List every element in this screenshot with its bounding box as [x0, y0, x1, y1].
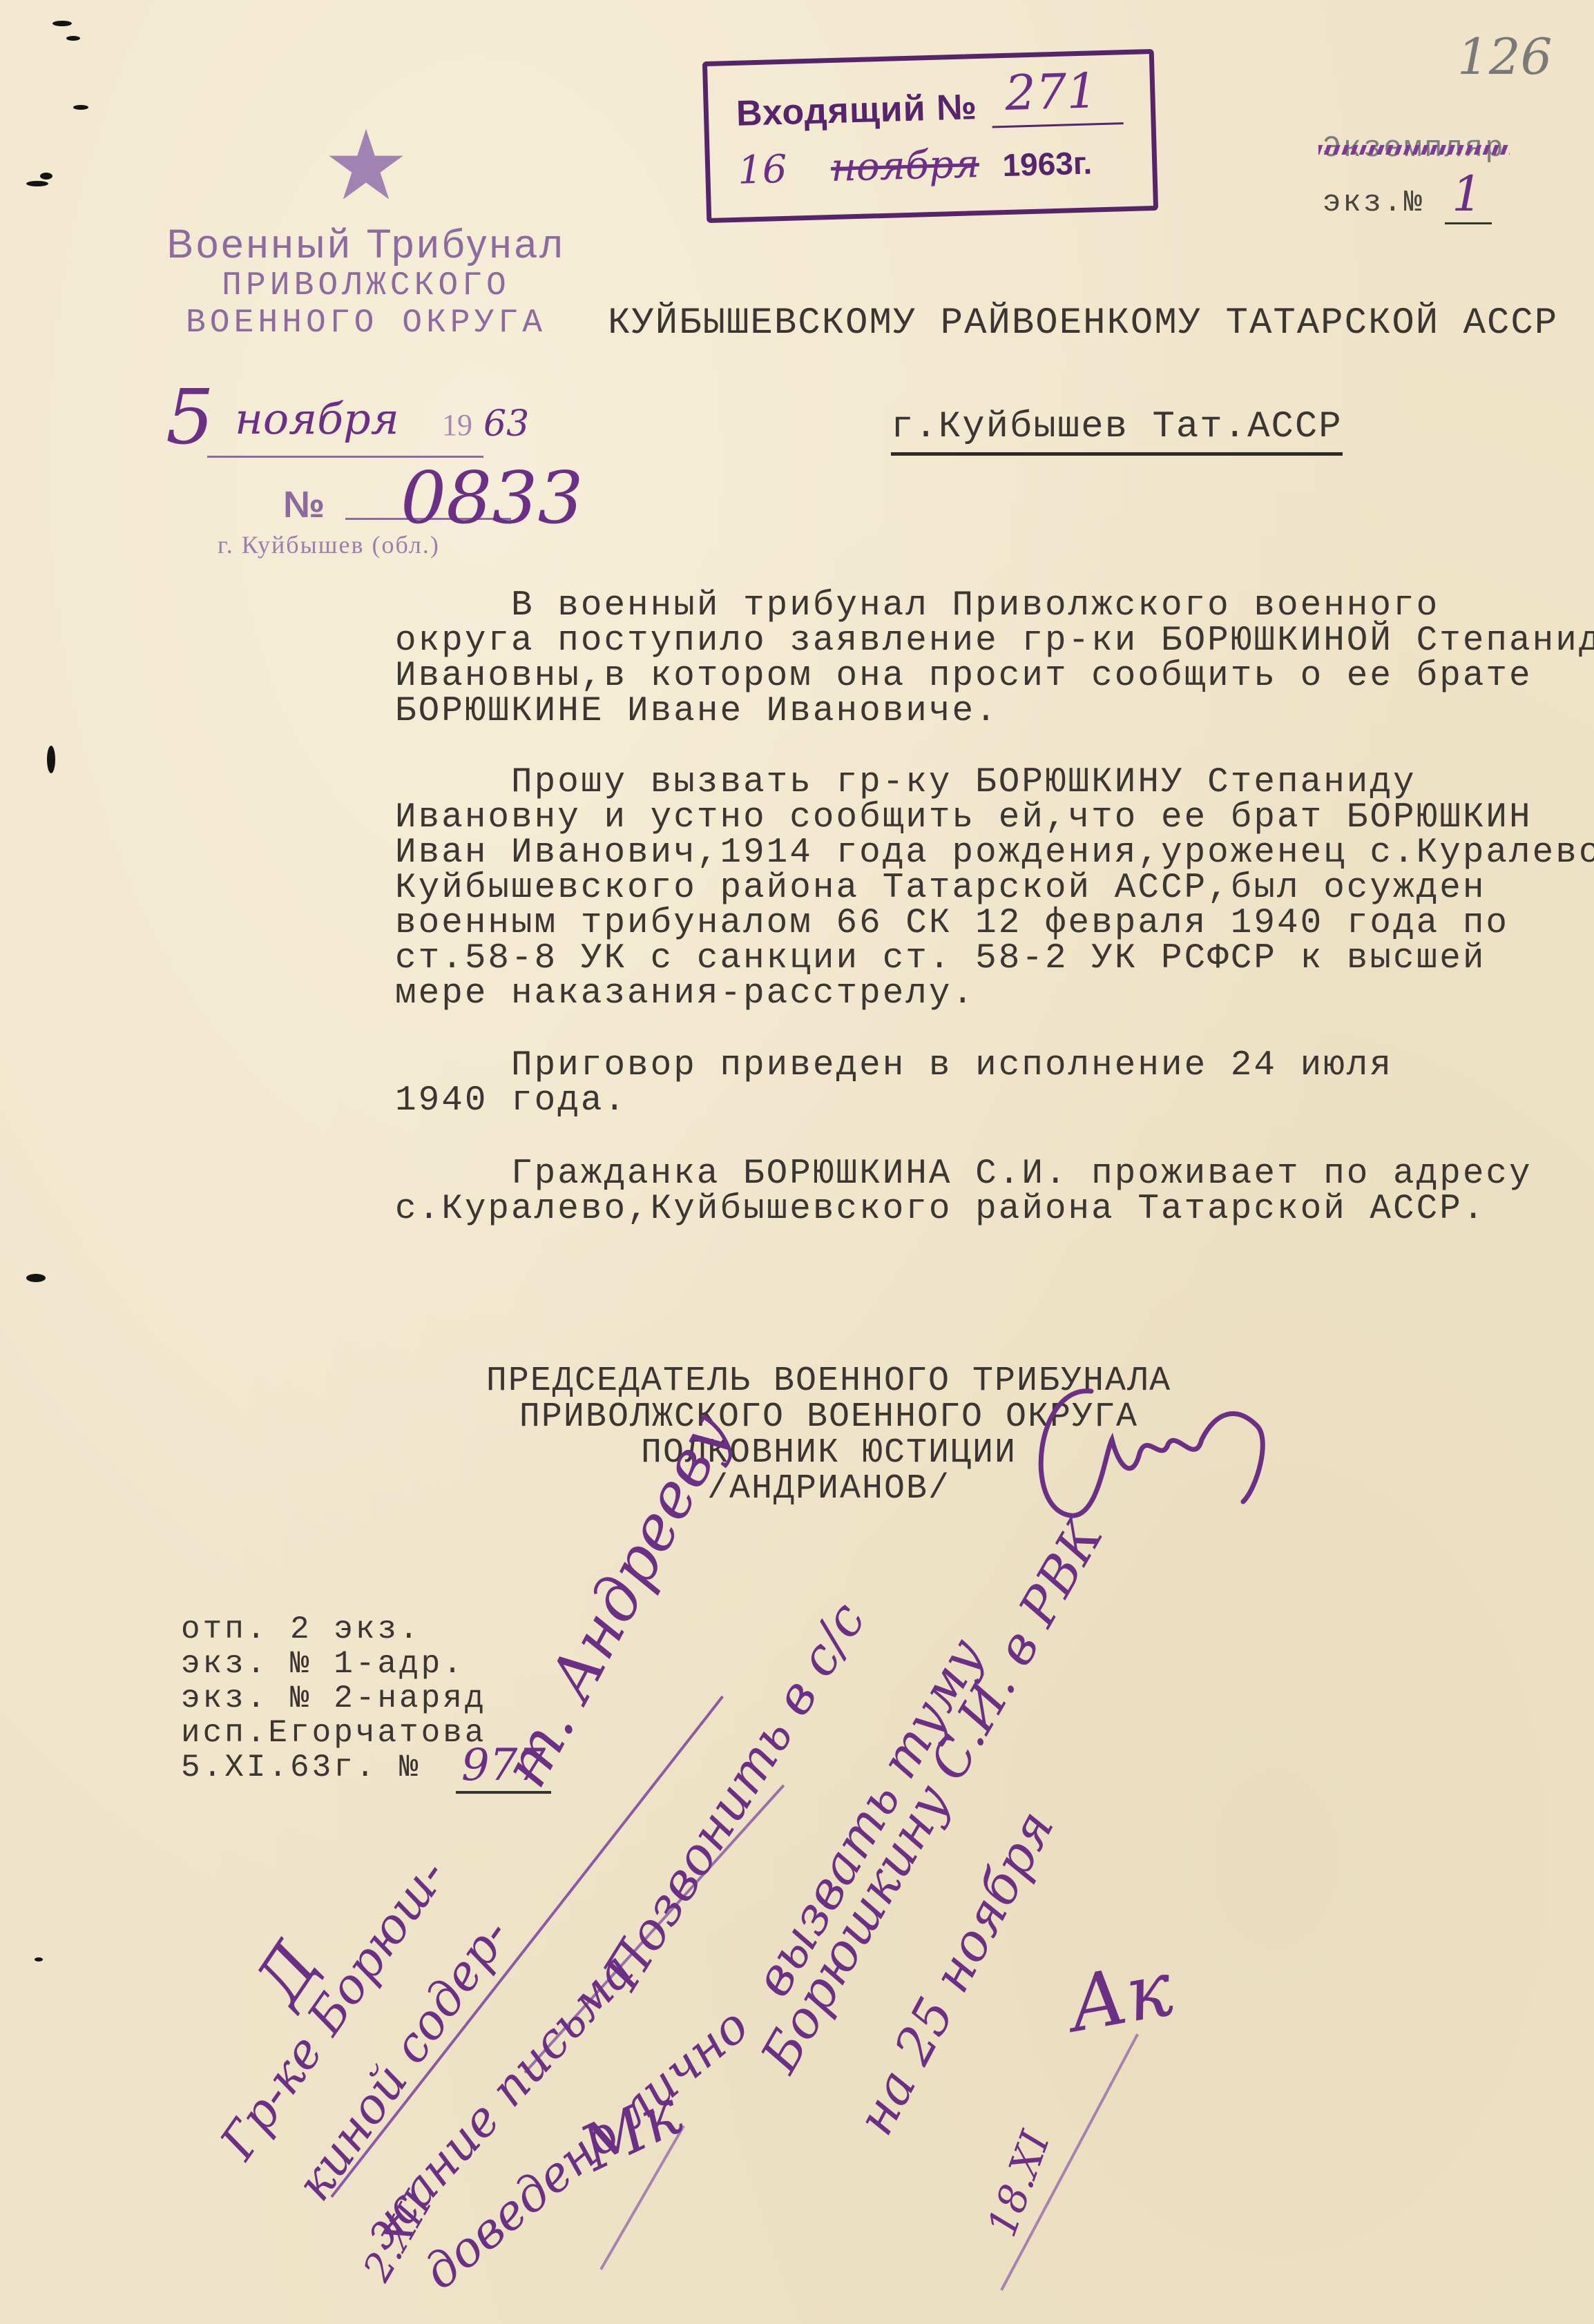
binding-hole	[52, 21, 72, 26]
binding-hole	[40, 173, 52, 180]
addressee: КУЙБЫШЕВСКОМУ РАЙВОЕНКОМУ ТАТАРСКОЙ АССР	[608, 302, 1558, 345]
letterhead-line2: ПРИВОЛЖСКОГО	[131, 267, 601, 304]
letterhead-city: г. Куйбышев (обл.)	[218, 530, 440, 559]
outgoing-number-value: 0833	[401, 456, 584, 540]
letterhead-line3: ВОЕННОГО ОКРУГА	[131, 304, 601, 342]
underline	[992, 122, 1124, 128]
outgoing-number-label: №	[283, 483, 325, 526]
incoming-label: Входящий №	[736, 86, 978, 135]
outgoing-date: 5 ноября 19 63	[166, 387, 553, 456]
incoming-date: 16 ноября 1963г.	[737, 138, 1093, 195]
copy-value: 1	[1445, 166, 1492, 224]
copy-mark: Экземпляр экз.№1	[1323, 131, 1506, 222]
binding-hole	[47, 746, 55, 773]
incoming-registration-stamp: Входящий № 271 16 ноября 1963г.	[702, 49, 1158, 223]
outgoing-day: 5	[166, 373, 214, 461]
body-paragraph-4: Гражданка БОРЮШКИНА С.И. проживает по ад…	[395, 1156, 1590, 1227]
star-icon: ★	[131, 117, 601, 214]
binding-hole	[26, 181, 48, 186]
incoming-month: ноября	[830, 142, 980, 191]
resolution-1-signature: Ак	[1062, 1944, 1179, 2049]
incoming-year: 1963г.	[1002, 144, 1093, 183]
body-paragraph-3: Приговор приведен в исполнение 24 июля 1…	[395, 1048, 1590, 1119]
letterhead-line1: Военный Трибунал	[131, 221, 601, 267]
addressee-city: г.Куйбышев Тат.АССР	[891, 406, 1343, 456]
body-paragraph-1: В военный трибунал Приволжского военного…	[395, 588, 1590, 729]
sheet-number: 126	[1457, 28, 1552, 86]
incoming-day: 16	[737, 147, 787, 193]
outgoing-year-hand: 63	[483, 403, 529, 445]
copy-label: экз.№	[1323, 186, 1424, 220]
incoming-number: 271	[1004, 62, 1098, 122]
binding-hole	[35, 1957, 43, 1962]
binding-hole	[73, 105, 88, 110]
resolution-1-date: 18.XI	[978, 2125, 1059, 2243]
tribunal-letterhead-stamp: ★ Военный Трибунал ПРИВОЛЖСКОГО ВОЕННОГО…	[131, 117, 601, 342]
body-paragraph-2: Прошу вызвать гр-ку БОРЮШКИНУ Степаниду …	[395, 765, 1590, 1011]
outgoing-year-print: 19	[442, 407, 472, 443]
struck-text: Экземпляр	[1323, 131, 1506, 166]
dispatch-notes: отп. 2 экз. экз. № 1-адр. экз. № 2-наряд…	[181, 1612, 486, 1785]
binding-hole	[26, 1274, 46, 1282]
outgoing-month: ноября	[235, 394, 399, 444]
binding-hole	[66, 36, 80, 41]
copy-number: экз.№1	[1323, 166, 1506, 222]
handwritten-signature	[995, 1371, 1285, 1522]
